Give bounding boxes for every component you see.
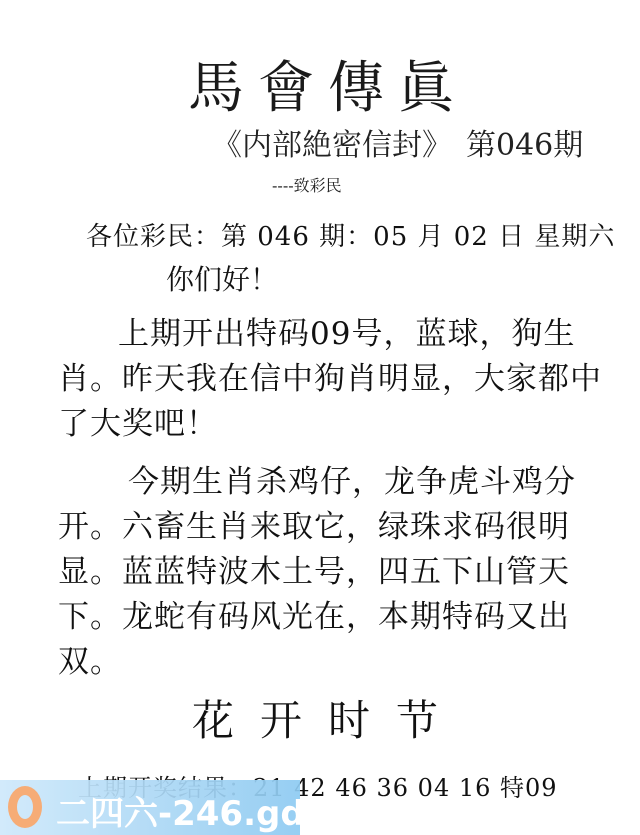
subtitle-label: 《内部絶密信封》 bbox=[212, 128, 452, 163]
signoff: ----致彩民 bbox=[272, 173, 342, 196]
watermark-banner: 二四六-246.gd bbox=[0, 780, 300, 835]
watermark-text: 二四六-246.gd bbox=[56, 786, 305, 835]
paragraph-2: 今期生肖杀鸡仔，龙争虎斗鸡分开。六畜生肖来取它，绿珠求码很明显。蓝蓝特波木土号，… bbox=[58, 460, 618, 685]
logo-six-icon bbox=[8, 786, 42, 828]
paragraph-1: 上期开出特码09号，蓝球，狗生肖。昨天我在信中狗肖明显，大家都中了大奖吧！ bbox=[58, 312, 618, 447]
subtitle: 《内部絶密信封》第046期 bbox=[212, 120, 583, 164]
page-title: 馬會傳眞 bbox=[188, 44, 468, 124]
section-title: 花开时节 bbox=[192, 688, 464, 748]
greeting-hello: 你们好！ bbox=[166, 258, 278, 298]
greeting-line: 各位彩民：第 046 期：05 月 02 日 星期六 bbox=[86, 216, 615, 253]
issue-label: 第046期 bbox=[466, 128, 583, 163]
